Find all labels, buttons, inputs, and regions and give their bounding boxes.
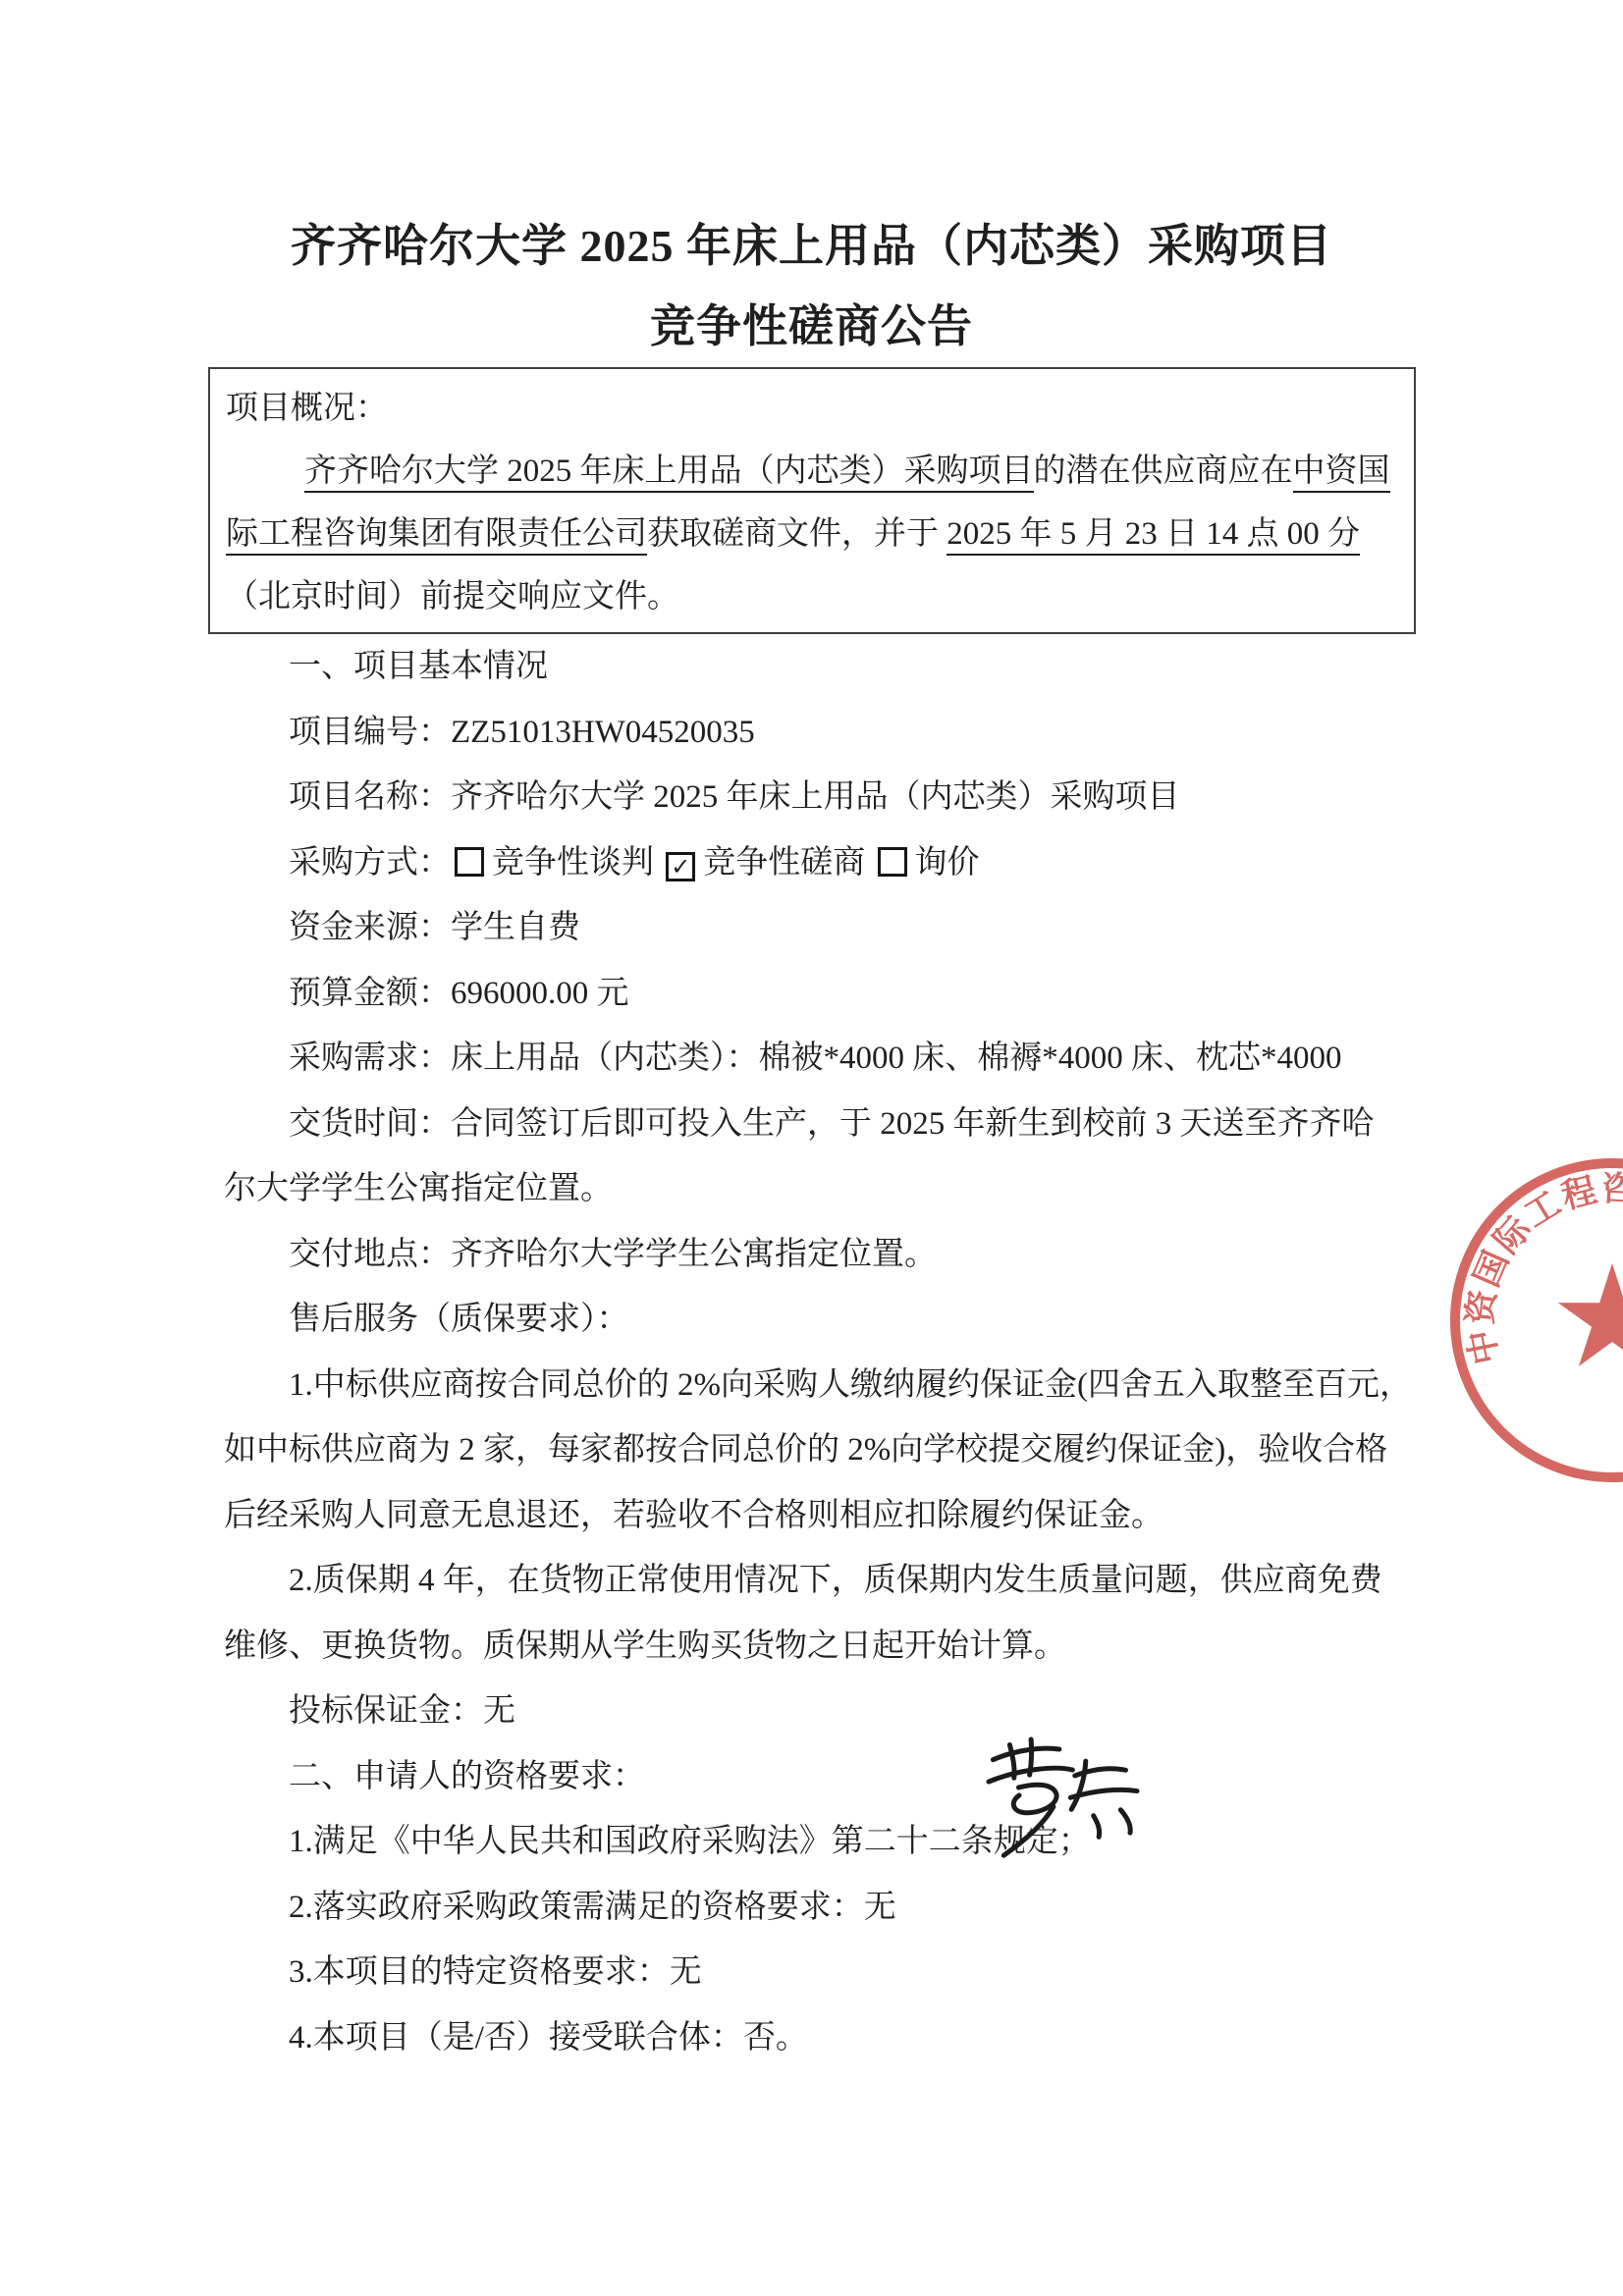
- text-segment: 1.中标供应商按合同总价的 2%向采购人缴纳履约保证金(四舍五入取整至百元，: [289, 1367, 1412, 1403]
- body-lines: 一、项目基本情况项目编号：ZZ51013HW04520035项目名称：齐齐哈尔大…: [224, 634, 1412, 2070]
- text-segment: 预算金额：696000.00 元: [289, 976, 629, 1011]
- overview-box-lines: 项目概况：齐齐哈尔大学 2025 年床上用品（内芯类）采购项目的潜在供应商应在中…: [226, 377, 1400, 628]
- text-segment: 竞争性磋商: [703, 845, 873, 881]
- text-segment: 后经采购人同意无息退还，若验收不合格则相应扣除履约保证金。: [224, 1498, 1163, 1533]
- text-line: 采购需求：床上用品（内芯类）：棉被*4000 床、棉褥*4000 床、枕芯*40…: [224, 1026, 1412, 1092]
- text-line: 投标保证金：无: [224, 1679, 1412, 1744]
- text-segment: 2.落实政府采购政策需满足的资格要求：无: [289, 1890, 896, 1925]
- signature-stroke: [1120, 1809, 1130, 1834]
- title-line-2: 竞争性磋商公告: [0, 287, 1623, 367]
- text-segment: 一、项目基本情况: [289, 649, 548, 684]
- text-line: 2.质保期 4 年，在货物正常使用情况下，质保期内发生质量问题，供应商免费: [224, 1548, 1412, 1614]
- document-title: 齐齐哈尔大学 2025 年床上用品（内芯类）采购项目 竞争性磋商公告: [0, 0, 1623, 367]
- text-segment: 交付地点：齐齐哈尔大学学生公寓指定位置。: [289, 1237, 937, 1272]
- text-segment: 竞争性谈判: [492, 845, 662, 881]
- text-segment: （北京时间）前提交响应文件。: [226, 579, 679, 614]
- text-segment: 项目名称：齐齐哈尔大学 2025 年床上用品（内芯类）采购项目: [289, 779, 1180, 815]
- text-line: 一、项目基本情况: [224, 634, 1412, 700]
- text-segment: 项目概况：: [226, 391, 388, 426]
- title-line-1: 齐齐哈尔大学 2025 年床上用品（内芯类）采购项目: [0, 206, 1623, 287]
- text-line: 尔大学学生公寓指定位置。: [224, 1156, 1412, 1222]
- text-segment: 如中标供应商为 2 家，每家都按合同总价的 2%向学校提交履约保证金)，验收合格: [224, 1432, 1387, 1468]
- text-segment: 2.质保期 4 年，在货物正常使用情况下，质保期内发生质量问题，供应商免费: [289, 1563, 1382, 1598]
- text-line: 采购方式：竞争性谈判 ✓竞争性磋商 询价: [224, 830, 1412, 896]
- text-segment: 资金来源：学生自费: [289, 910, 580, 945]
- text-line: 如中标供应商为 2 家，每家都按合同总价的 2%向学校提交履约保证金)，验收合格: [224, 1417, 1412, 1483]
- text-segment: 4.本项目（是/否）接受联合体：否。: [289, 2020, 808, 2056]
- signature-stroke: [993, 1747, 1059, 1760]
- text-line: 项目名称：齐齐哈尔大学 2025 年床上用品（内芯类）采购项目: [224, 765, 1412, 830]
- text-line: 交付地点：齐齐哈尔大学学生公寓指定位置。: [224, 1222, 1412, 1288]
- text-line: 4.本项目（是/否）接受联合体：否。: [224, 2005, 1412, 2071]
- document-body: 一、项目基本情况项目编号：ZZ51013HW04520035项目名称：齐齐哈尔大…: [224, 634, 1412, 2070]
- text-segment: 际工程咨询集团有限责任公司: [226, 516, 647, 556]
- checkbox-checked-icon: ✓: [666, 852, 695, 881]
- text-line: 售后服务（质保要求）：: [224, 1287, 1412, 1353]
- text-line: （北京时间）前提交响应文件。: [226, 565, 1400, 628]
- text-line: 齐齐哈尔大学 2025 年床上用品（内芯类）采购项目的潜在供应商应在中资国: [226, 440, 1400, 503]
- text-segment: 投标保证金：无: [289, 1693, 515, 1729]
- text-line: 资金来源：学生自费: [224, 895, 1412, 961]
- text-segment: 2025 年 5 月 23 日 14 点 00 分: [947, 516, 1360, 556]
- text-line: 1.满足《中华人民共和国政府采购法》第二十二条规定；: [224, 1809, 1412, 1875]
- checkbox-unchecked-icon: [455, 847, 484, 877]
- text-segment: 尔大学学生公寓指定位置。: [224, 1171, 613, 1206]
- text-line: 后经采购人同意无息退还，若验收不合格则相应扣除履约保证金。: [224, 1483, 1412, 1549]
- text-line: 项目编号：ZZ51013HW04520035: [224, 700, 1412, 766]
- text-line: 交货时间：合同签订后即可投入生产，于 2025 年新生到校前 3 天送至齐齐哈: [224, 1092, 1412, 1157]
- text-line: 预算金额：696000.00 元: [224, 961, 1412, 1027]
- text-line: 际工程咨询集团有限责任公司获取磋商文件，并于 2025 年 5 月 23 日 1…: [226, 503, 1400, 565]
- signature-stroke: [1074, 1768, 1125, 1776]
- handwritten-signature: [957, 1713, 1163, 1874]
- text-segment: 采购方式：: [289, 845, 451, 881]
- text-segment: 齐齐哈尔大学 2025 年床上用品（内芯类）采购项目: [304, 454, 1034, 493]
- text-segment: 二、申请人的资格要求：: [289, 1759, 645, 1794]
- text-segment: 项目编号：ZZ51013HW04520035: [289, 715, 755, 750]
- text-line: 1.中标供应商按合同总价的 2%向采购人缴纳履约保证金(四舍五入取整至百元，: [224, 1353, 1412, 1418]
- text-line: 2.落实政府采购政策需满足的资格要求：无: [224, 1875, 1412, 1941]
- document-page: 齐齐哈尔大学 2025 年床上用品（内芯类）采购项目 竞争性磋商公告 项目概况：…: [0, 0, 1623, 2296]
- signature-stroke: [1094, 1815, 1100, 1837]
- text-line: 3.本项目的特定资格要求：无: [224, 1940, 1412, 2005]
- text-segment: 维修、更换货物。质保期从学生购买货物之日起开始计算。: [224, 1629, 1066, 1664]
- text-line: 项目概况：: [226, 377, 1400, 440]
- text-segment: 的潜在供应商应在: [1034, 454, 1293, 489]
- checkbox-unchecked-icon: [878, 847, 907, 877]
- company-seal-stamp: 中资国际工程咨询集团有限责任公司: [1416, 1124, 1623, 1517]
- star-icon: [1558, 1263, 1623, 1366]
- text-segment: 交货时间：合同签订后即可投入生产，于 2025 年新生到校前 3 天送至齐齐哈: [289, 1106, 1375, 1142]
- text-segment: 询价: [915, 845, 980, 881]
- text-segment: 3.本项目的特定资格要求：无: [289, 1954, 702, 1990]
- text-line: 维修、更换货物。质保期从学生购买货物之日起开始计算。: [224, 1614, 1412, 1680]
- text-segment: 中资国: [1293, 454, 1390, 493]
- text-segment: 获取磋商文件，并于: [647, 516, 947, 552]
- text-segment: 售后服务（质保要求）：: [289, 1302, 629, 1337]
- text-segment: 采购需求：床上用品（内芯类）：棉被*4000 床、棉褥*4000 床、枕芯*40…: [289, 1041, 1342, 1076]
- overview-box: 项目概况：齐齐哈尔大学 2025 年床上用品（内芯类）采购项目的潜在供应商应在中…: [208, 367, 1416, 634]
- text-line: 二、申请人的资格要求：: [224, 1744, 1412, 1810]
